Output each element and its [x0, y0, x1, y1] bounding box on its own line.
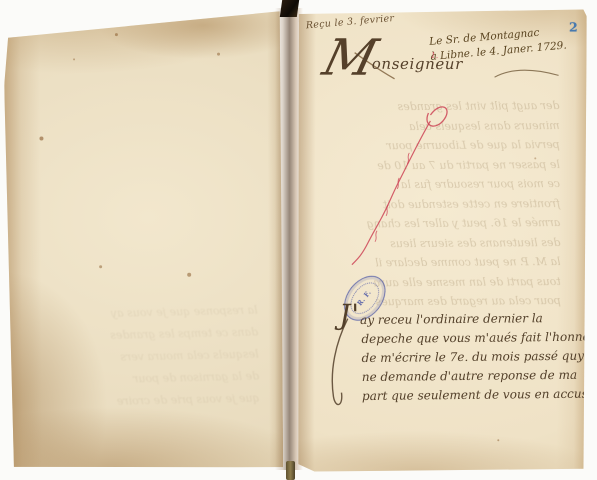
page-number: 2 [569, 19, 578, 34]
binding-cord-icon [286, 461, 295, 480]
manuscript-book-spread: la response que je vous ay dans ce temps… [0, 0, 597, 480]
docket-underline-flourish-icon [493, 65, 563, 81]
left-page: la response que je vous ay dans ce temps… [4, 11, 283, 468]
salutation: Monseigneur [325, 33, 467, 83]
body-line: depeche que vous m'aués fait l'honneur [361, 328, 571, 349]
paper-stain [99, 265, 102, 268]
salutation-rest: onseigneur [372, 55, 463, 73]
red-ink-annotation [346, 97, 457, 269]
paper-stain [115, 33, 118, 36]
paper-stain [73, 58, 75, 60]
body-line: ne demande d'autre reponse de ma [362, 366, 572, 387]
paper-stain [187, 273, 191, 277]
letter-body: J'ay receu l'ordinaire dernier la depech… [339, 308, 572, 406]
paper-stain [39, 137, 43, 141]
red-index-mark: 1. [431, 51, 439, 60]
left-page-bleedthrough: la response que je vous ay dans ce temps… [42, 300, 259, 415]
paper-stain [534, 157, 536, 159]
body-line: de m'écrire le 7e. du mois passé quy [362, 347, 572, 368]
bleedthrough-line: tous parti de lan mesme elle aura [303, 272, 561, 293]
body-line: part que seulement de vous en accuser [362, 385, 572, 406]
paper-stain [497, 439, 499, 441]
right-page: Reçu le 3. fevrier 2 Le Sr. de Montagnac… [297, 8, 587, 472]
binding-tab-icon [280, 0, 299, 17]
paper-stain [217, 53, 220, 56]
bleedthrough-line: que je vous prie de croire [44, 388, 259, 415]
body-line: J'ay receu l'ordinaire dernier la [339, 308, 571, 330]
